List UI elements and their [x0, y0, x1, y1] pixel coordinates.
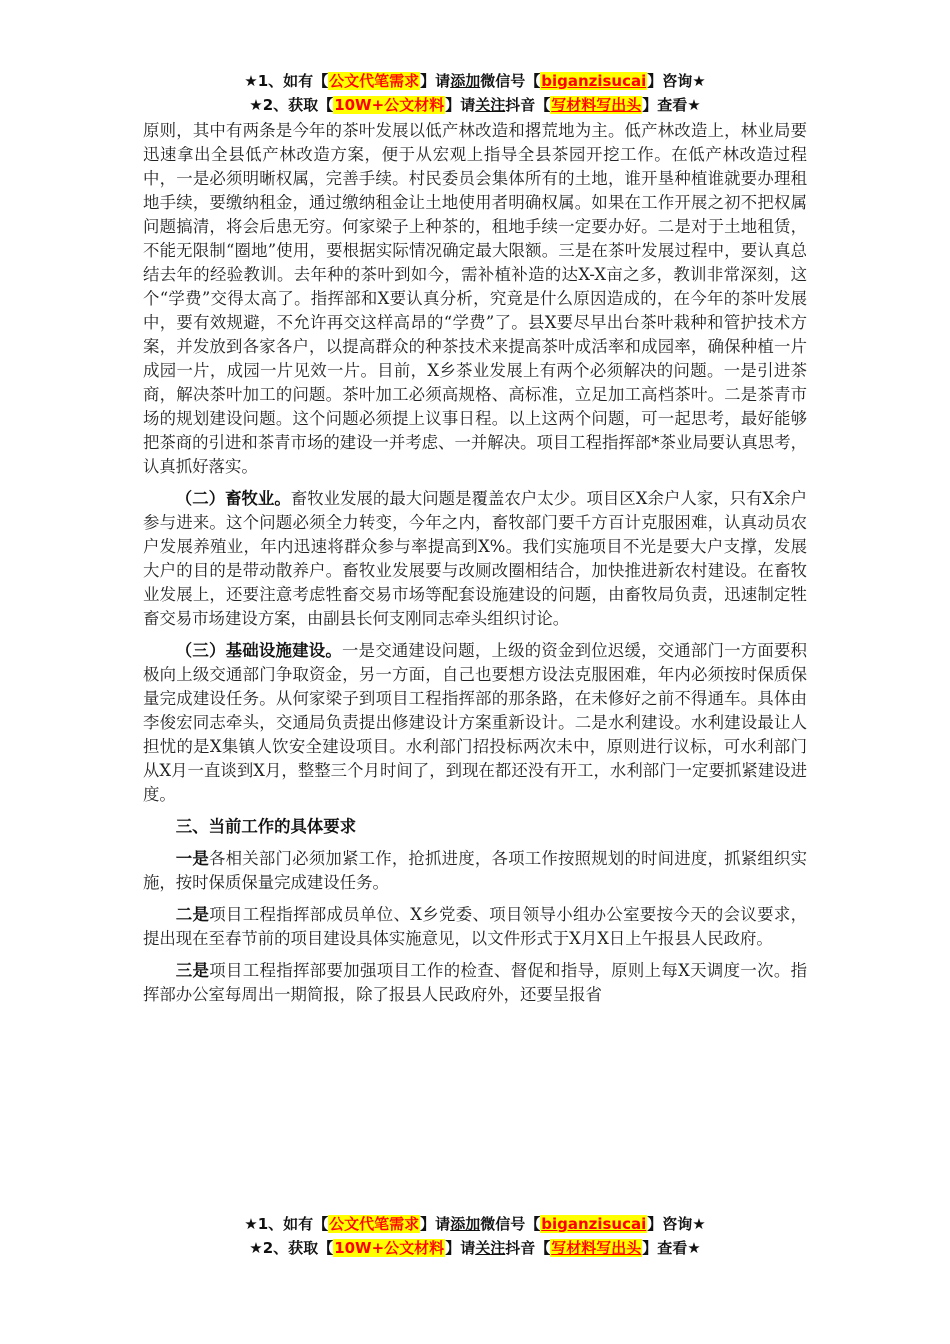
promo-highlight: 10W+公文材料	[333, 96, 445, 114]
promo-text: 】请	[420, 1215, 450, 1233]
promo-line-2: ★2、获取【10W+公文材料】请关注抖音【写材料写出头】查看★	[0, 1236, 950, 1260]
paragraph-lead: （二）畜牧业。	[176, 489, 291, 508]
promo-text: ★2、获取【	[249, 1239, 333, 1257]
requirement-text: 项目工程指挥部要加强项目工作的检查、督促和指导，原则上每X天调度一次。指挥部办公…	[143, 961, 807, 1004]
paragraph-lead: （三）基础设施建设。	[176, 641, 342, 660]
promo-text: ★2、获取【	[249, 96, 333, 114]
promo-banner-bottom: ★1、如有【公文代笔需求】请添加微信号【biganzisucai】咨询★ ★2、…	[0, 1212, 950, 1260]
promo-text: 】咨询★	[647, 72, 705, 90]
promo-text: ★1、如有【	[244, 72, 328, 90]
promo-text: 】查看★	[642, 1239, 700, 1257]
promo-underlined: 关注	[475, 1239, 505, 1257]
requirement-lead: 一是	[176, 849, 209, 868]
requirement-lead: 三是	[176, 961, 210, 980]
promo-highlight: 10W+公文材料	[333, 1239, 445, 1257]
promo-line-1: ★1、如有【公文代笔需求】请添加微信号【biganzisucai】咨询★	[0, 69, 950, 93]
promo-text: 】查看★	[642, 96, 700, 114]
promo-text: 】请	[445, 96, 475, 114]
promo-highlight: 公文代笔需求	[328, 72, 420, 90]
section-heading: 三、当前工作的具体要求	[143, 815, 807, 839]
document-page: ★1、如有【公文代笔需求】请添加微信号【biganzisucai】咨询★ ★2、…	[0, 0, 950, 1344]
promo-underlined: 关注	[475, 96, 505, 114]
paragraph-text: 原则，其中有两条是今年的茶叶发展以低产林改造和撂荒地为主。低产林改造上，林业局要…	[143, 121, 807, 476]
requirement-text: 各相关部门必须加紧工作，抢抓进度，各项工作按照规划的时间进度，抓紧组织实施，按时…	[143, 849, 807, 892]
requirement-2: 二是项目工程指挥部成员单位、X乡党委、项目领导小组办公室要按今天的会议要求，提出…	[143, 903, 807, 951]
promo-line-1: ★1、如有【公文代笔需求】请添加微信号【biganzisucai】咨询★	[0, 1212, 950, 1236]
document-body: 原则，其中有两条是今年的茶叶发展以低产林改造和撂荒地为主。低产林改造上，林业局要…	[143, 119, 807, 1015]
promo-wechat-id: biganzisucai	[540, 1215, 647, 1233]
promo-text: 】咨询★	[647, 1215, 705, 1233]
paragraph-infrastructure: （三）基础设施建设。一是交通建设问题，上级的资金到位迟缓，交通部门一方面要积极向…	[143, 639, 807, 807]
promo-banner-top: ★1、如有【公文代笔需求】请添加微信号【biganzisucai】咨询★ ★2、…	[0, 69, 950, 117]
promo-text: ★1、如有【	[244, 1215, 328, 1233]
promo-underlined: 添加	[450, 72, 480, 90]
paragraph-livestock: （二）畜牧业。畜牧业发展的最大问题是覆盖农户太少。项目区X余户人家，只有X余户参…	[143, 487, 807, 631]
promo-highlight: 公文代笔需求	[328, 1215, 420, 1233]
promo-wechat-id: biganzisucai	[540, 72, 647, 90]
promo-text: 】请	[445, 1239, 475, 1257]
requirement-1: 一是各相关部门必须加紧工作，抢抓进度，各项工作按照规划的时间进度，抓紧组织实施，…	[143, 847, 807, 895]
promo-underlined: 添加	[450, 1215, 480, 1233]
paragraph-text: 畜牧业发展的最大问题是覆盖农户太少。项目区X余户人家，只有X余户参与进来。这个问…	[143, 489, 807, 628]
promo-line-2: ★2、获取【10W+公文材料】请关注抖音【写材料写出头】查看★	[0, 93, 950, 117]
requirement-text: 项目工程指挥部成员单位、X乡党委、项目领导小组办公室要按今天的会议要求，提出现在…	[143, 905, 807, 948]
promo-douyin-id: 写材料写出头	[550, 1239, 642, 1257]
promo-text: 微信号【	[480, 72, 540, 90]
promo-text: 抖音【	[505, 1239, 550, 1257]
paragraph: 原则，其中有两条是今年的茶叶发展以低产林改造和撂荒地为主。低产林改造上，林业局要…	[143, 119, 807, 479]
promo-douyin-id: 写材料写出头	[550, 96, 642, 114]
promo-text: 】请	[420, 72, 450, 90]
paragraph-text: 一是交通建设问题，上级的资金到位迟缓，交通部门一方面要积极向上级交通部门争取资金…	[143, 641, 807, 804]
promo-text: 微信号【	[480, 1215, 540, 1233]
requirement-3: 三是项目工程指挥部要加强项目工作的检查、督促和指导，原则上每X天调度一次。指挥部…	[143, 959, 807, 1007]
requirement-lead: 二是	[176, 905, 210, 924]
promo-text: 抖音【	[505, 96, 550, 114]
